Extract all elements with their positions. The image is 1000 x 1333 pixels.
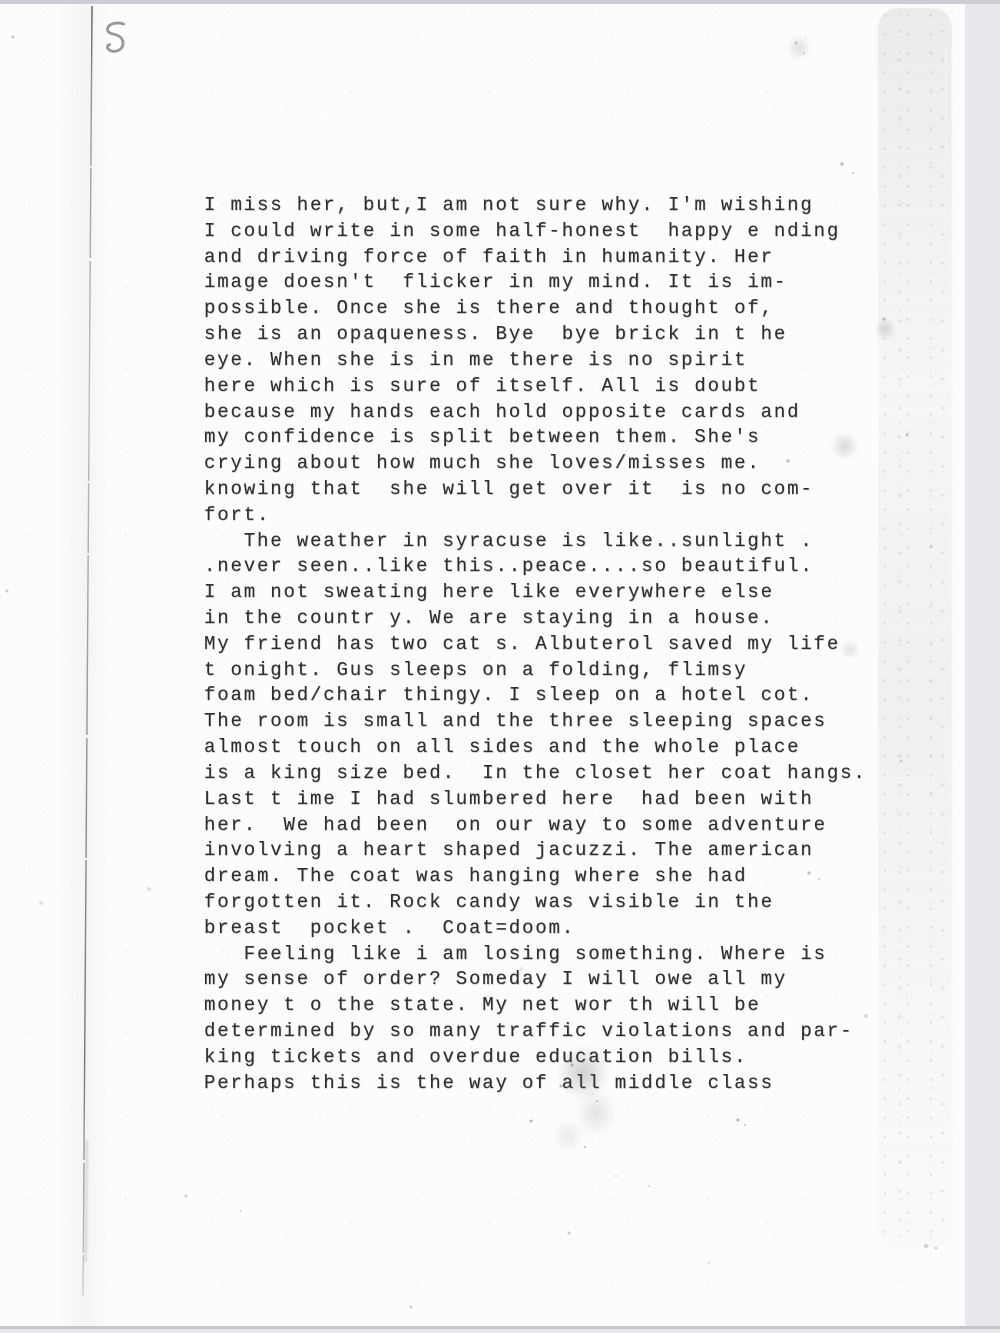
typed-line: money t o the state. My net wor th will … [204,993,867,1019]
typed-line: Perhaps this is the way of all middle cl… [204,1071,867,1097]
scanned-typewritten-page: 5 I miss her, but,I am not sure why. I'm… [0,0,1000,1333]
typed-line: image doesn't flicker in my mind. It is … [204,270,867,296]
typed-line: almost touch on all sides and the whole … [204,735,867,761]
typed-line: breast pocket . Coat=doom. [204,916,867,942]
typed-line: king tickets and overdue education bills… [204,1045,867,1071]
typed-line: foam bed/chair thingy. I sleep on a hote… [204,683,867,709]
typed-line: I could write in some half-honest happy … [204,219,867,245]
typed-line: in the countr y. We are staying in a hou… [204,606,867,632]
scan-top-edge [0,0,1000,4]
typed-line: The weather in syracuse is like..sunligh… [204,529,867,555]
handwritten-5-icon [99,20,130,57]
typed-line: My friend has two cat s. Albuterol saved… [204,632,867,658]
typed-line: her. We had been on our way to some adve… [204,813,867,839]
typed-line: because my hands each hold opposite card… [204,400,867,426]
handwritten-page-number: 5 [101,21,131,57]
typed-line: Last t ime I had slumbered here had been… [204,787,867,813]
typewritten-text-block: I miss her, but,I am not sure why. I'm w… [204,193,867,1096]
typed-line: crying about how much she loves/misses m… [204,451,867,477]
typed-line: determined by so many traffic violations… [204,1019,867,1045]
typed-line: knowing that she will get over it is no … [204,477,867,503]
typed-line: my confidence is split between them. She… [204,425,867,451]
typed-line: and driving force of faith in humanity. … [204,245,867,271]
typed-line: involving a heart shaped jacuzzi. The am… [204,838,867,864]
typed-line: is a king size bed. In the closet her co… [204,761,867,787]
typed-line: I miss her, but,I am not sure why. I'm w… [204,193,867,219]
typed-line: t onight. Gus sleeps on a folding, flims… [204,658,867,684]
typed-line: my sense of order? Someday I will owe al… [204,967,867,993]
typed-line: here which is sure of itself. All is dou… [204,374,867,400]
scan-bottom-edge [0,1326,1000,1329]
typed-line: .never seen..like this..peace....so beau… [204,554,867,580]
typed-line: she is an opaqueness. Bye bye brick in t… [204,322,867,348]
typed-line: Feeling like i am losing something. Wher… [204,942,867,968]
typed-line: dream. The coat was hanging where she ha… [204,864,867,890]
typed-line: possible. Once she is there and thought … [204,296,867,322]
typed-line: The room is small and the three sleeping… [204,709,867,735]
typed-line: eye. When she is in me there is no spiri… [204,348,867,374]
typed-line: I am not sweating here like everywhere e… [204,580,867,606]
typed-line: fort. [204,503,867,529]
typed-line: forgotten it. Rock candy was visible in … [204,890,867,916]
